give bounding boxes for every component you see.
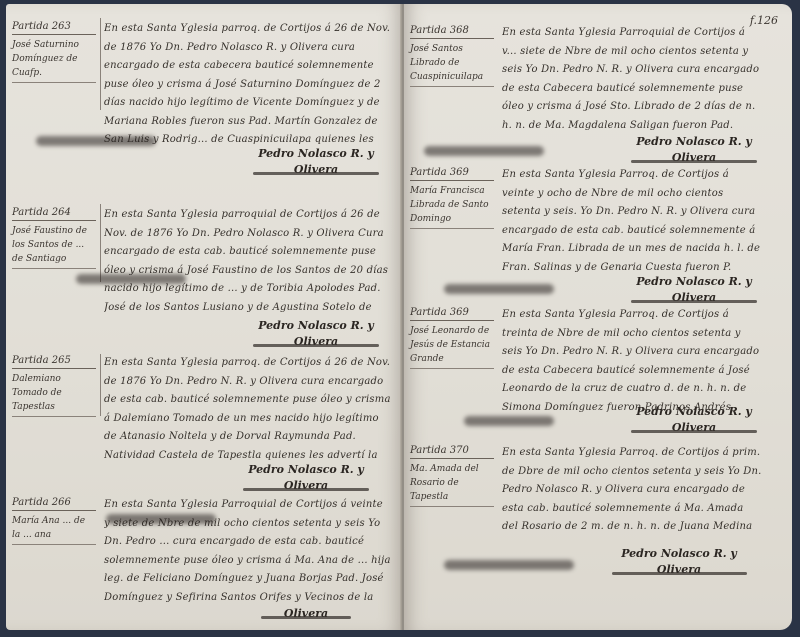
baptism-entry-369: Partida 369 María Francisca Librada de S…	[404, 164, 792, 304]
baptism-entry-369b: Partida 369 José Leonardo de Jesús de Es…	[404, 304, 792, 434]
ink-blot	[464, 416, 554, 426]
priest-signature: Pedro Nolasco R. y Olivera	[604, 546, 754, 575]
priest-signature: Pedro Nolasco R. y Olivera	[624, 274, 764, 303]
priest-signature: Pedro Nolasco R. y Olivera	[236, 462, 376, 491]
priest-signature: Olivera	[256, 606, 356, 619]
entry-text: En esta Santa Yglesia parroquial de Cort…	[104, 206, 392, 318]
entry-text: En esta Santa Yglesia Parroq. de Cortijo…	[502, 166, 762, 274]
baptized-name: José Faustino de los Santos de ... de Sa…	[12, 224, 96, 269]
priest-signature: Pedro Nolasco R. y Olivera	[246, 318, 386, 347]
ink-blot	[76, 274, 186, 284]
ink-blot	[444, 284, 554, 294]
margin-rule	[100, 354, 101, 416]
baptized-name: Ma. Amada del Rosario de Tapestla	[410, 462, 494, 507]
entry-margin: Partida 370 Ma. Amada del Rosario de Tap…	[410, 444, 494, 507]
entry-text: En esta Santa Yglesia Parroq. de Cortijo…	[502, 306, 762, 414]
entry-number: Partida 369	[410, 306, 494, 321]
entry-margin: Partida 266 María Ana ... de la ... ana	[12, 496, 96, 545]
entry-text: En esta Santa Yglesia parroq. de Cortijo…	[104, 20, 392, 148]
left-page: Partida 263 José Saturnino Domínguez de …	[6, 4, 402, 630]
entry-text: En esta Santa Yglesia Parroquial de Cort…	[502, 24, 762, 132]
baptism-entry-370: Partida 370 Ma. Amada del Rosario de Tap…	[404, 442, 792, 622]
entry-number: Partida 265	[12, 354, 96, 369]
priest-signature: Pedro Nolasco R. y Olivera	[246, 146, 386, 175]
entry-margin: Partida 263 José Saturnino Domínguez de …	[12, 20, 96, 83]
baptism-entry-368: Partida 368 José Santos Librado de Cuasp…	[404, 22, 792, 162]
ink-blot	[424, 146, 544, 156]
ink-blot	[36, 136, 156, 146]
entry-text: En esta Santa Yglesia Parroquial de Cort…	[104, 496, 392, 606]
entry-number: Partida 368	[410, 24, 494, 39]
entry-text: En esta Santa Yglesia Parroq. de Cortijo…	[502, 444, 762, 536]
priest-signature: Pedro Nolasco R. y Olivera	[624, 404, 764, 433]
priest-signature: Pedro Nolasco R. y Olivera	[624, 134, 764, 163]
open-register-book: Partida 263 José Saturnino Domínguez de …	[6, 4, 794, 632]
margin-rule	[100, 18, 101, 110]
entry-number: Partida 370	[410, 444, 494, 459]
baptized-name: José Santos Librado de Cuaspinicuilapa	[410, 42, 494, 87]
entry-number: Partida 263	[12, 20, 96, 35]
entry-margin: Partida 264 José Faustino de los Santos …	[12, 206, 96, 269]
margin-rule	[100, 204, 101, 282]
right-page: f.126 Partida 368 José Santos Librado de…	[404, 4, 792, 630]
baptized-name: María Francisca Librada de Santo Domingo	[410, 184, 494, 229]
baptized-name: Dalemiano Tomado de Tapestlas	[12, 372, 96, 417]
entry-margin: Partida 368 José Santos Librado de Cuasp…	[410, 24, 494, 87]
entry-text: En esta Santa Yglesia parroq. de Cortijo…	[104, 354, 392, 466]
ink-blot	[444, 560, 574, 570]
baptized-name: José Saturnino Domínguez de Cuafp.	[12, 38, 96, 83]
baptized-name: José Leonardo de Jesús de Estancia Grand…	[410, 324, 494, 369]
baptism-entry-263: Partida 263 José Saturnino Domínguez de …	[6, 18, 402, 178]
entry-number: Partida 266	[12, 496, 96, 511]
entry-number: Partida 369	[410, 166, 494, 181]
baptism-entry-265: Partida 265 Dalemiano Tomado de Tapestla…	[6, 344, 402, 484]
entry-margin: Partida 369 María Francisca Librada de S…	[410, 166, 494, 229]
baptized-name: María Ana ... de la ... ana	[12, 514, 96, 545]
entry-number: Partida 264	[12, 206, 96, 221]
entry-margin: Partida 369 José Leonardo de Jesús de Es…	[410, 306, 494, 369]
baptism-entry-264: Partida 264 José Faustino de los Santos …	[6, 192, 402, 342]
entry-margin: Partida 265 Dalemiano Tomado de Tapestla…	[12, 354, 96, 417]
baptism-entry-266: Partida 266 María Ana ... de la ... ana …	[6, 492, 402, 630]
ink-blot	[106, 514, 216, 524]
